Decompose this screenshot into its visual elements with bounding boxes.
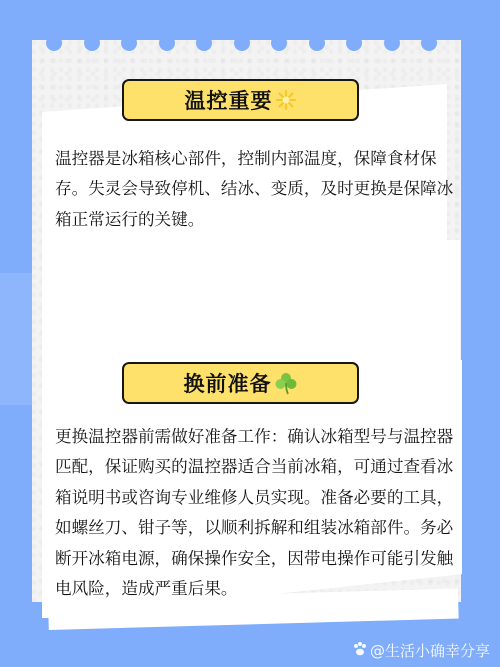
sparkle-icon xyxy=(275,89,297,111)
section-title: 换前准备 xyxy=(184,368,272,398)
section-title-badge-1: 温控重要 xyxy=(122,79,359,121)
clover-icon xyxy=(274,371,298,395)
scalloped-edge xyxy=(32,40,461,52)
watermark: @生活小确幸分享 xyxy=(352,640,490,661)
section-body-1: 温控器是冰箱核心部件，控制内部温度，保障食材保存。失灵会导致停机、结冰、变质，及… xyxy=(55,144,457,235)
paw-icon xyxy=(352,641,368,661)
watermark-text: @生活小确幸分享 xyxy=(370,640,490,661)
section-title-badge-2: 换前准备 xyxy=(122,362,359,404)
content-card-middle xyxy=(42,240,460,370)
section-body-2: 更换温控器前需做好准备工作：确认冰箱型号与温控器匹配，保证购买的温控器适合当前冰… xyxy=(55,422,457,604)
section-title: 温控重要 xyxy=(185,85,273,115)
